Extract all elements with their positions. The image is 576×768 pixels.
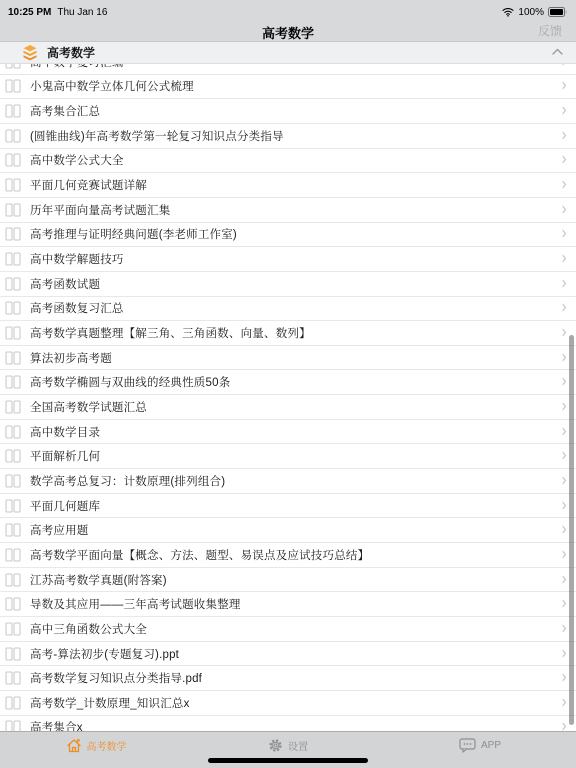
list-item-label: 平面解析几何: [30, 448, 561, 464]
list-item-label: 高考推理与证明经典问题(李老师工作室): [30, 226, 561, 242]
list-item-label: 高考应用题: [30, 522, 561, 538]
list-item-label: 江苏高考数学真题(附答案): [30, 572, 561, 588]
tab-label: 高考数学: [87, 738, 127, 753]
list-item[interactable]: 高中三角函数公式大全 ›: [0, 617, 576, 642]
book-icon: [5, 375, 21, 389]
chevron-right-icon: ›: [561, 299, 567, 317]
list-item[interactable]: 高考函数复习汇总 ›: [0, 297, 576, 322]
list-item[interactable]: 小鬼高中数学立体几何公式梳理 ›: [0, 75, 576, 100]
list-item-label: 平面几何题库: [30, 498, 561, 514]
wifi-icon: [502, 7, 514, 17]
tab-label: 设置: [288, 738, 308, 753]
list-item-label: 高考函数试题: [30, 276, 561, 292]
list-item-label: 高考数学真题整理【解三角、三角函数、向量、数列】: [30, 325, 561, 341]
list-item[interactable]: 平面几何竞赛试题详解 ›: [0, 173, 576, 198]
chevron-right-icon: ›: [561, 373, 567, 391]
chevron-right-icon: ›: [561, 423, 567, 441]
home-indicator[interactable]: [208, 758, 368, 763]
book-icon: [5, 227, 21, 241]
book-icon: [5, 79, 21, 93]
list-item[interactable]: 高考数学复习知识点分类指导.pdf ›: [0, 666, 576, 691]
list-item[interactable]: 平面解析几何 ›: [0, 444, 576, 469]
list-item-label: 高考数学椭圆与双曲线的经典性质50条: [30, 374, 561, 390]
list-item[interactable]: 历年平面向量高考试题汇集 ›: [0, 198, 576, 223]
status-bar: 10:25 PM Thu Jan 16 100%: [0, 0, 576, 22]
list-item-label: 算法初步高考题: [30, 350, 561, 366]
battery-percent: 100%: [518, 7, 544, 18]
list-item[interactable]: 高考函数试题 ›: [0, 272, 576, 297]
book-icon: [5, 252, 21, 266]
list-item[interactable]: 高考-算法初步(专题复习).ppt ›: [0, 642, 576, 667]
list-item-label: 历年平面向量高考试题汇集: [30, 202, 561, 218]
book-icon: [5, 203, 21, 217]
home-icon: [66, 738, 82, 753]
list-item-label: 导数及其应用——三年高考试题收集整理: [30, 596, 561, 612]
chevron-right-icon: ›: [561, 669, 567, 687]
book-icon: [5, 129, 21, 143]
tab-app[interactable]: APP: [384, 732, 576, 768]
chevron-right-icon: ›: [561, 546, 567, 564]
list-item[interactable]: 高考应用题 ›: [0, 518, 576, 543]
list-item[interactable]: 高中数学公式大全 ›: [0, 149, 576, 174]
chevron-right-icon: ›: [561, 595, 567, 613]
list-item-label: 高中三角函数公式大全: [30, 621, 561, 637]
book-icon: [5, 351, 21, 365]
chevron-right-icon: ›: [561, 127, 567, 145]
gear-icon: [268, 738, 283, 753]
list-item[interactable]: 算法初步高考题 ›: [0, 346, 576, 371]
chevron-right-icon: ›: [561, 349, 567, 367]
list-item-label: 高中数学解题技巧: [30, 251, 561, 267]
book-icon: [5, 597, 21, 611]
book-icon: [5, 573, 21, 587]
list-item-label: 平面几何竞赛试题详解: [30, 177, 561, 193]
status-time: 10:25 PM: [8, 7, 51, 18]
list-item[interactable]: 高考推理与证明经典问题(李老师工作室) ›: [0, 223, 576, 248]
list-item-label: 高考数学平面向量【概念、方法、题型、易误点及应试技巧总结】: [30, 547, 561, 563]
book-icon: [5, 474, 21, 488]
list-item[interactable]: 全国高考数学试题汇总 ›: [0, 395, 576, 420]
chevron-right-icon: ›: [561, 398, 567, 416]
chevron-right-icon: ›: [561, 447, 567, 465]
chevron-right-icon: ›: [561, 324, 567, 342]
list-item-label: 小鬼高中数学立体几何公式梳理: [30, 78, 561, 94]
chevron-right-icon: ›: [561, 644, 567, 662]
book-icon: [5, 326, 21, 340]
page-title: 高考数学: [262, 23, 314, 42]
tab-label: APP: [481, 740, 501, 751]
nav-bar: 高考数学 反馈: [0, 22, 576, 42]
list-item[interactable]: 高中数学解题技巧 ›: [0, 247, 576, 272]
chevron-right-icon: ›: [561, 570, 567, 588]
feedback-button[interactable]: 反馈: [538, 22, 562, 39]
chevron-right-icon: ›: [561, 77, 567, 95]
book-icon: [5, 647, 21, 661]
book-icon: [5, 523, 21, 537]
list-item-label: 高考-算法初步(专题复习).ppt: [30, 646, 561, 662]
chevron-right-icon: ›: [561, 694, 567, 712]
chevron-right-icon: ›: [561, 201, 567, 219]
chevron-right-icon: ›: [561, 250, 567, 268]
chevron-right-icon: ›: [561, 521, 567, 539]
chevron-right-icon: ›: [561, 151, 567, 169]
list-item[interactable]: 高考数学真题整理【解三角、三角函数、向量、数列】 ›: [0, 321, 576, 346]
chat-icon: [459, 738, 476, 753]
list-item-label: 高考数学_计数原理_知识汇总x: [30, 695, 561, 711]
list-item[interactable]: 导数及其应用——三年高考试题收集整理 ›: [0, 592, 576, 617]
chevron-right-icon: ›: [561, 472, 567, 490]
book-icon: [5, 153, 21, 167]
list-item[interactable]: 江苏高考数学真题(附答案) ›: [0, 568, 576, 593]
chevron-up-icon: [551, 47, 564, 56]
list-item-label: 高考函数复习汇总: [30, 300, 561, 316]
chevron-right-icon: ›: [561, 275, 567, 293]
book-icon: [5, 696, 21, 710]
chevron-right-icon: ›: [561, 64, 567, 71]
document-list: 高中数学复习汇编 › 小鬼高中数学立体几何公式梳理 › 高考集合汇总 › (圆锥…: [0, 64, 576, 768]
scrollbar[interactable]: [569, 335, 574, 725]
chevron-right-icon: ›: [561, 176, 567, 194]
list-item[interactable]: 高中数学目录 ›: [0, 420, 576, 445]
book-icon: [5, 499, 21, 513]
book-icon: [5, 425, 21, 439]
top-chrome: 10:25 PM Thu Jan 16 100%: [0, 0, 576, 42]
list-item-label: 全国高考数学试题汇总: [30, 399, 561, 415]
chevron-right-icon: ›: [561, 102, 567, 120]
section-title: 高考数学: [47, 44, 95, 61]
list-item-label: 高中数学公式大全: [30, 152, 561, 168]
list-item-label: 高中数学目录: [30, 424, 561, 440]
list-item[interactable]: 高考数学_计数原理_知识汇总x ›: [0, 691, 576, 716]
list-item-label: 高考集合汇总: [30, 103, 561, 119]
book-icon: [5, 671, 21, 685]
list-item[interactable]: 数学高考总复习：计数原理(排列组合) ›: [0, 469, 576, 494]
list-item-label: (圆锥曲线)年高考数学第一轮复习知识点分类指导: [30, 128, 561, 144]
status-date: Thu Jan 16: [57, 7, 107, 18]
list-rows: 小鬼高中数学立体几何公式梳理 › 高考集合汇总 › (圆锥曲线)年高考数学第一轮…: [0, 75, 576, 741]
list-item[interactable]: 高考数学平面向量【概念、方法、题型、易误点及应试技巧总结】 ›: [0, 543, 576, 568]
chevron-right-icon: ›: [561, 225, 567, 243]
book-icon: [5, 277, 21, 291]
section-header-gaokao-math[interactable]: 高考数学: [0, 42, 576, 64]
list-item-label: 高考数学复习知识点分类指导.pdf: [30, 670, 561, 686]
chevron-right-icon: ›: [561, 620, 567, 638]
tab-gaokao-math[interactable]: 高考数学: [0, 732, 192, 768]
book-icon: [5, 64, 21, 69]
list-item-partial-top[interactable]: 高中数学复习汇编 ›: [0, 64, 576, 75]
layers-icon: [21, 44, 39, 62]
chevron-right-icon: ›: [561, 496, 567, 514]
list-item-label: 高中数学复习汇编: [30, 64, 561, 70]
book-icon: [5, 104, 21, 118]
list-item[interactable]: (圆锥曲线)年高考数学第一轮复习知识点分类指导 ›: [0, 124, 576, 149]
list-item[interactable]: 高考集合汇总 ›: [0, 99, 576, 124]
list-item[interactable]: 高考数学椭圆与双曲线的经典性质50条 ›: [0, 370, 576, 395]
book-icon: [5, 301, 21, 315]
book-icon: [5, 178, 21, 192]
book-icon: [5, 449, 21, 463]
list-item-label: 数学高考总复习：计数原理(排列组合): [30, 473, 561, 489]
book-icon: [5, 548, 21, 562]
battery-icon: [548, 7, 568, 17]
book-icon: [5, 400, 21, 414]
book-icon: [5, 622, 21, 636]
list-item[interactable]: 平面几何题库 ›: [0, 494, 576, 519]
